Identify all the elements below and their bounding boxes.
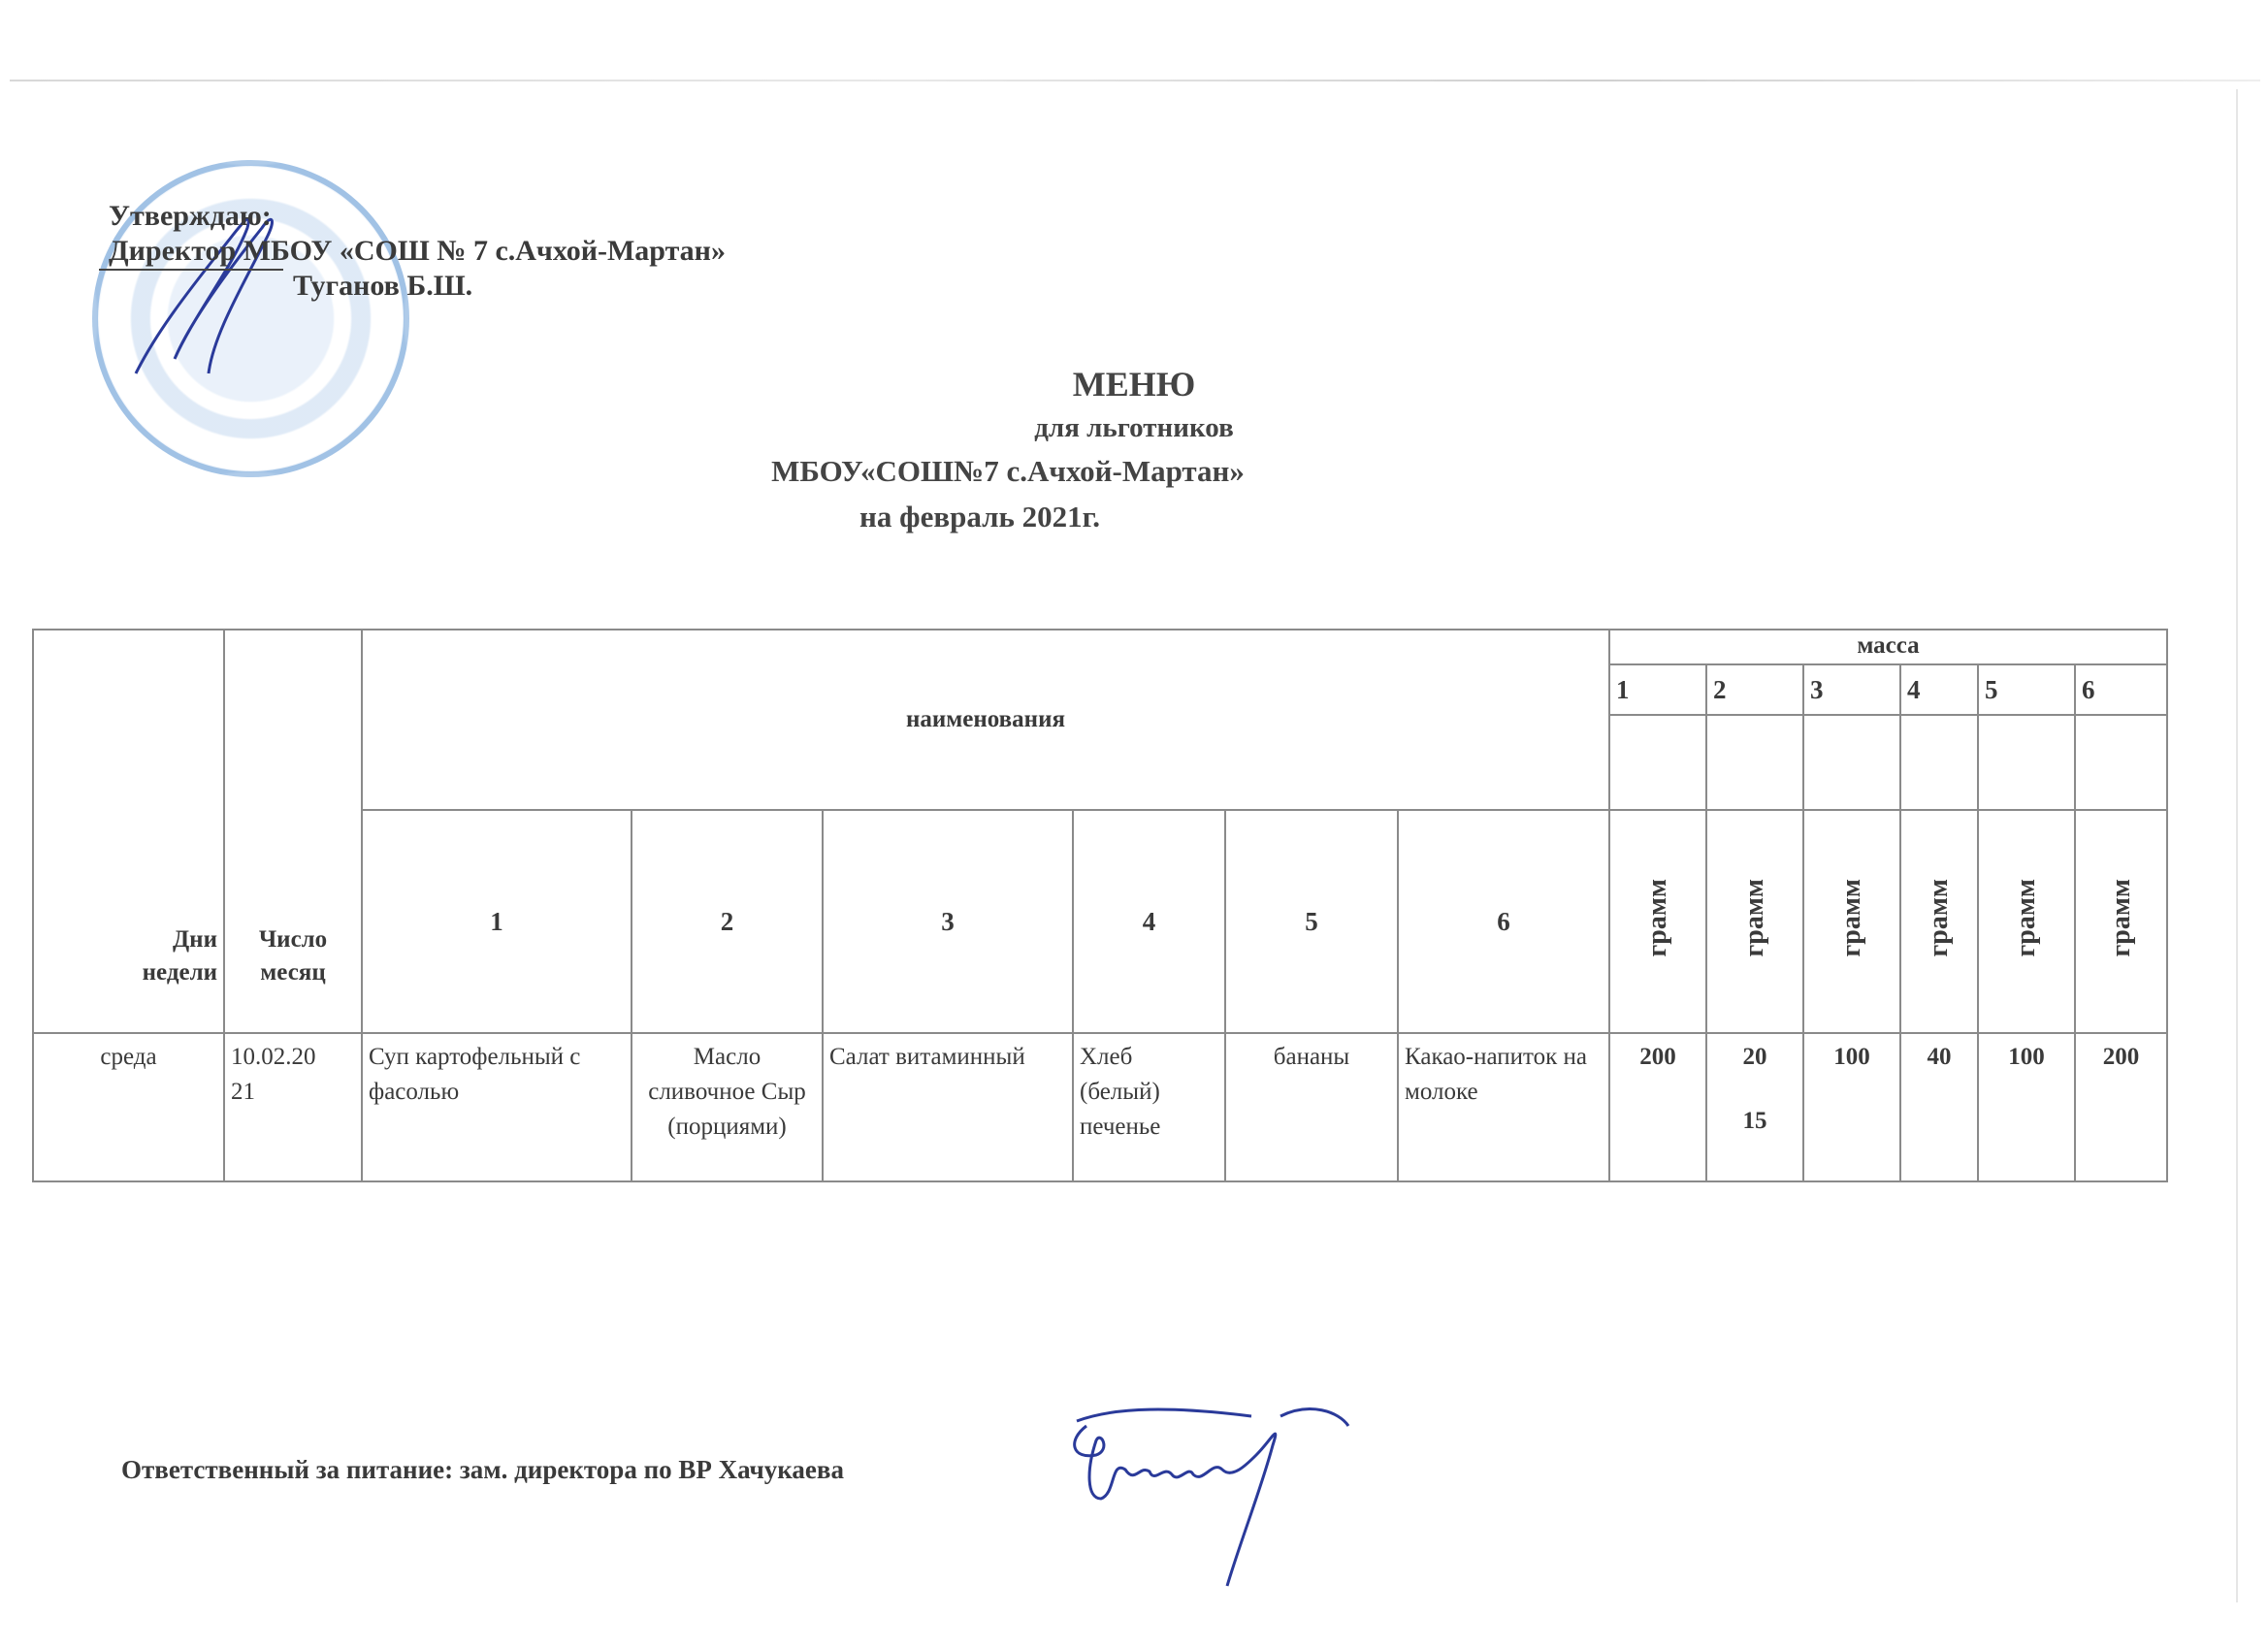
unit-gram: грамм (2075, 810, 2167, 1033)
row-item-6: Какао-напиток на молоке (1398, 1033, 1609, 1181)
row-mass-3: 100 (1803, 1033, 1900, 1181)
row-mass-5: 100 (1978, 1033, 2075, 1181)
food-col-number: 4 (1073, 810, 1225, 1033)
row-mass-6: 200 (2075, 1033, 2167, 1181)
mass-col-number: 1 (1609, 664, 1706, 715)
unit-gram-label: грамм (1836, 879, 1867, 956)
row-mass-2: 20 15 (1706, 1033, 1803, 1181)
unit-gram: грамм (1978, 810, 2075, 1033)
unit-gram-label: грамм (1739, 879, 1770, 956)
mass-col-number: 4 (1900, 664, 1978, 715)
header-days-line1: Дни (40, 923, 217, 956)
header-date: Число месяц (224, 630, 362, 1033)
table-row: среда 10.02.20 21 Суп картофельный с фас… (33, 1033, 2167, 1181)
unit-gram-label: грамм (2106, 879, 2137, 956)
row-date: 10.02.20 21 (224, 1033, 362, 1181)
document-title: МЕНЮ (0, 364, 2268, 404)
mass-empty-cell (2075, 715, 2167, 810)
header-date-line1: Число (231, 923, 355, 956)
row-date-line2: 21 (231, 1075, 355, 1110)
mass-col-number: 3 (1803, 664, 1900, 715)
approval-heading: Утверждаю: (109, 199, 726, 234)
document-subtitle: для льготников (0, 412, 2268, 444)
signature-line (99, 269, 283, 271)
header-names: наименования (362, 630, 1609, 810)
header-days-of-week: Дни недели (33, 630, 224, 1033)
row-day: среда (33, 1033, 224, 1181)
scan-border-right (2236, 89, 2238, 1602)
row-item-1: Суп картофельный с фасолью (362, 1033, 632, 1181)
food-col-number: 5 (1225, 810, 1398, 1033)
school-name: МБОУ«СОШ№7 с.Ачхой-Мартан» (0, 454, 2142, 489)
mass-col-number: 6 (2075, 664, 2167, 715)
mass-empty-cell (1900, 715, 1978, 810)
mass-empty-cell (1803, 715, 1900, 810)
header-mass: масса (1609, 630, 2167, 664)
row-mass-2-extra: 15 (1713, 1104, 1797, 1139)
header-days-line2: недели (40, 956, 217, 989)
food-col-number: 6 (1398, 810, 1609, 1033)
row-mass-1: 200 (1609, 1033, 1706, 1181)
responsible-person: Ответственный за питание: зам. директора… (121, 1455, 844, 1485)
menu-table: Дни недели Число месяц наименования масс… (32, 629, 2168, 1182)
row-item-2: Масло сливочное Сыр (порциями) (632, 1033, 823, 1181)
approval-signer-name: Туганов Б.Ш. (293, 270, 472, 302)
unit-gram-label: грамм (1924, 879, 1955, 956)
scan-border-top (10, 80, 2260, 81)
row-item-3: Салат витаминный (823, 1033, 1073, 1181)
unit-gram-label: грамм (2011, 879, 2042, 956)
mass-col-number: 5 (1978, 664, 2075, 715)
unit-gram: грамм (1609, 810, 1706, 1033)
row-item-5: бананы (1225, 1033, 1398, 1181)
unit-gram: грамм (1706, 810, 1803, 1033)
food-col-number: 3 (823, 810, 1073, 1033)
approval-block: Утверждаю: Директор МБОУ «СОШ № 7 с.Ачхо… (109, 199, 726, 304)
header-date-line2: месяц (231, 956, 355, 989)
mass-empty-cell (1978, 715, 2075, 810)
responsible-signature (1057, 1402, 1368, 1596)
row-mass-2-value: 20 (1743, 1044, 1767, 1070)
unit-gram: грамм (1900, 810, 1978, 1033)
approval-signer-row: Туганов Б.Ш. (109, 269, 726, 304)
approval-director-line: Директор МБОУ «СОШ № 7 с.Ачхой-Мартан» (109, 234, 726, 269)
unit-gram-label: грамм (1642, 879, 1673, 956)
food-col-number: 2 (632, 810, 823, 1033)
mass-empty-cell (1706, 715, 1803, 810)
row-item-4: Хлеб (белый) печенье (1073, 1033, 1225, 1181)
menu-period: на февраль 2021г. (349, 500, 1610, 534)
mass-empty-cell (1609, 715, 1706, 810)
mass-col-number: 2 (1706, 664, 1803, 715)
unit-gram: грамм (1803, 810, 1900, 1033)
row-mass-4: 40 (1900, 1033, 1978, 1181)
row-date-line1: 10.02.20 (231, 1040, 355, 1075)
food-col-number: 1 (362, 810, 632, 1033)
